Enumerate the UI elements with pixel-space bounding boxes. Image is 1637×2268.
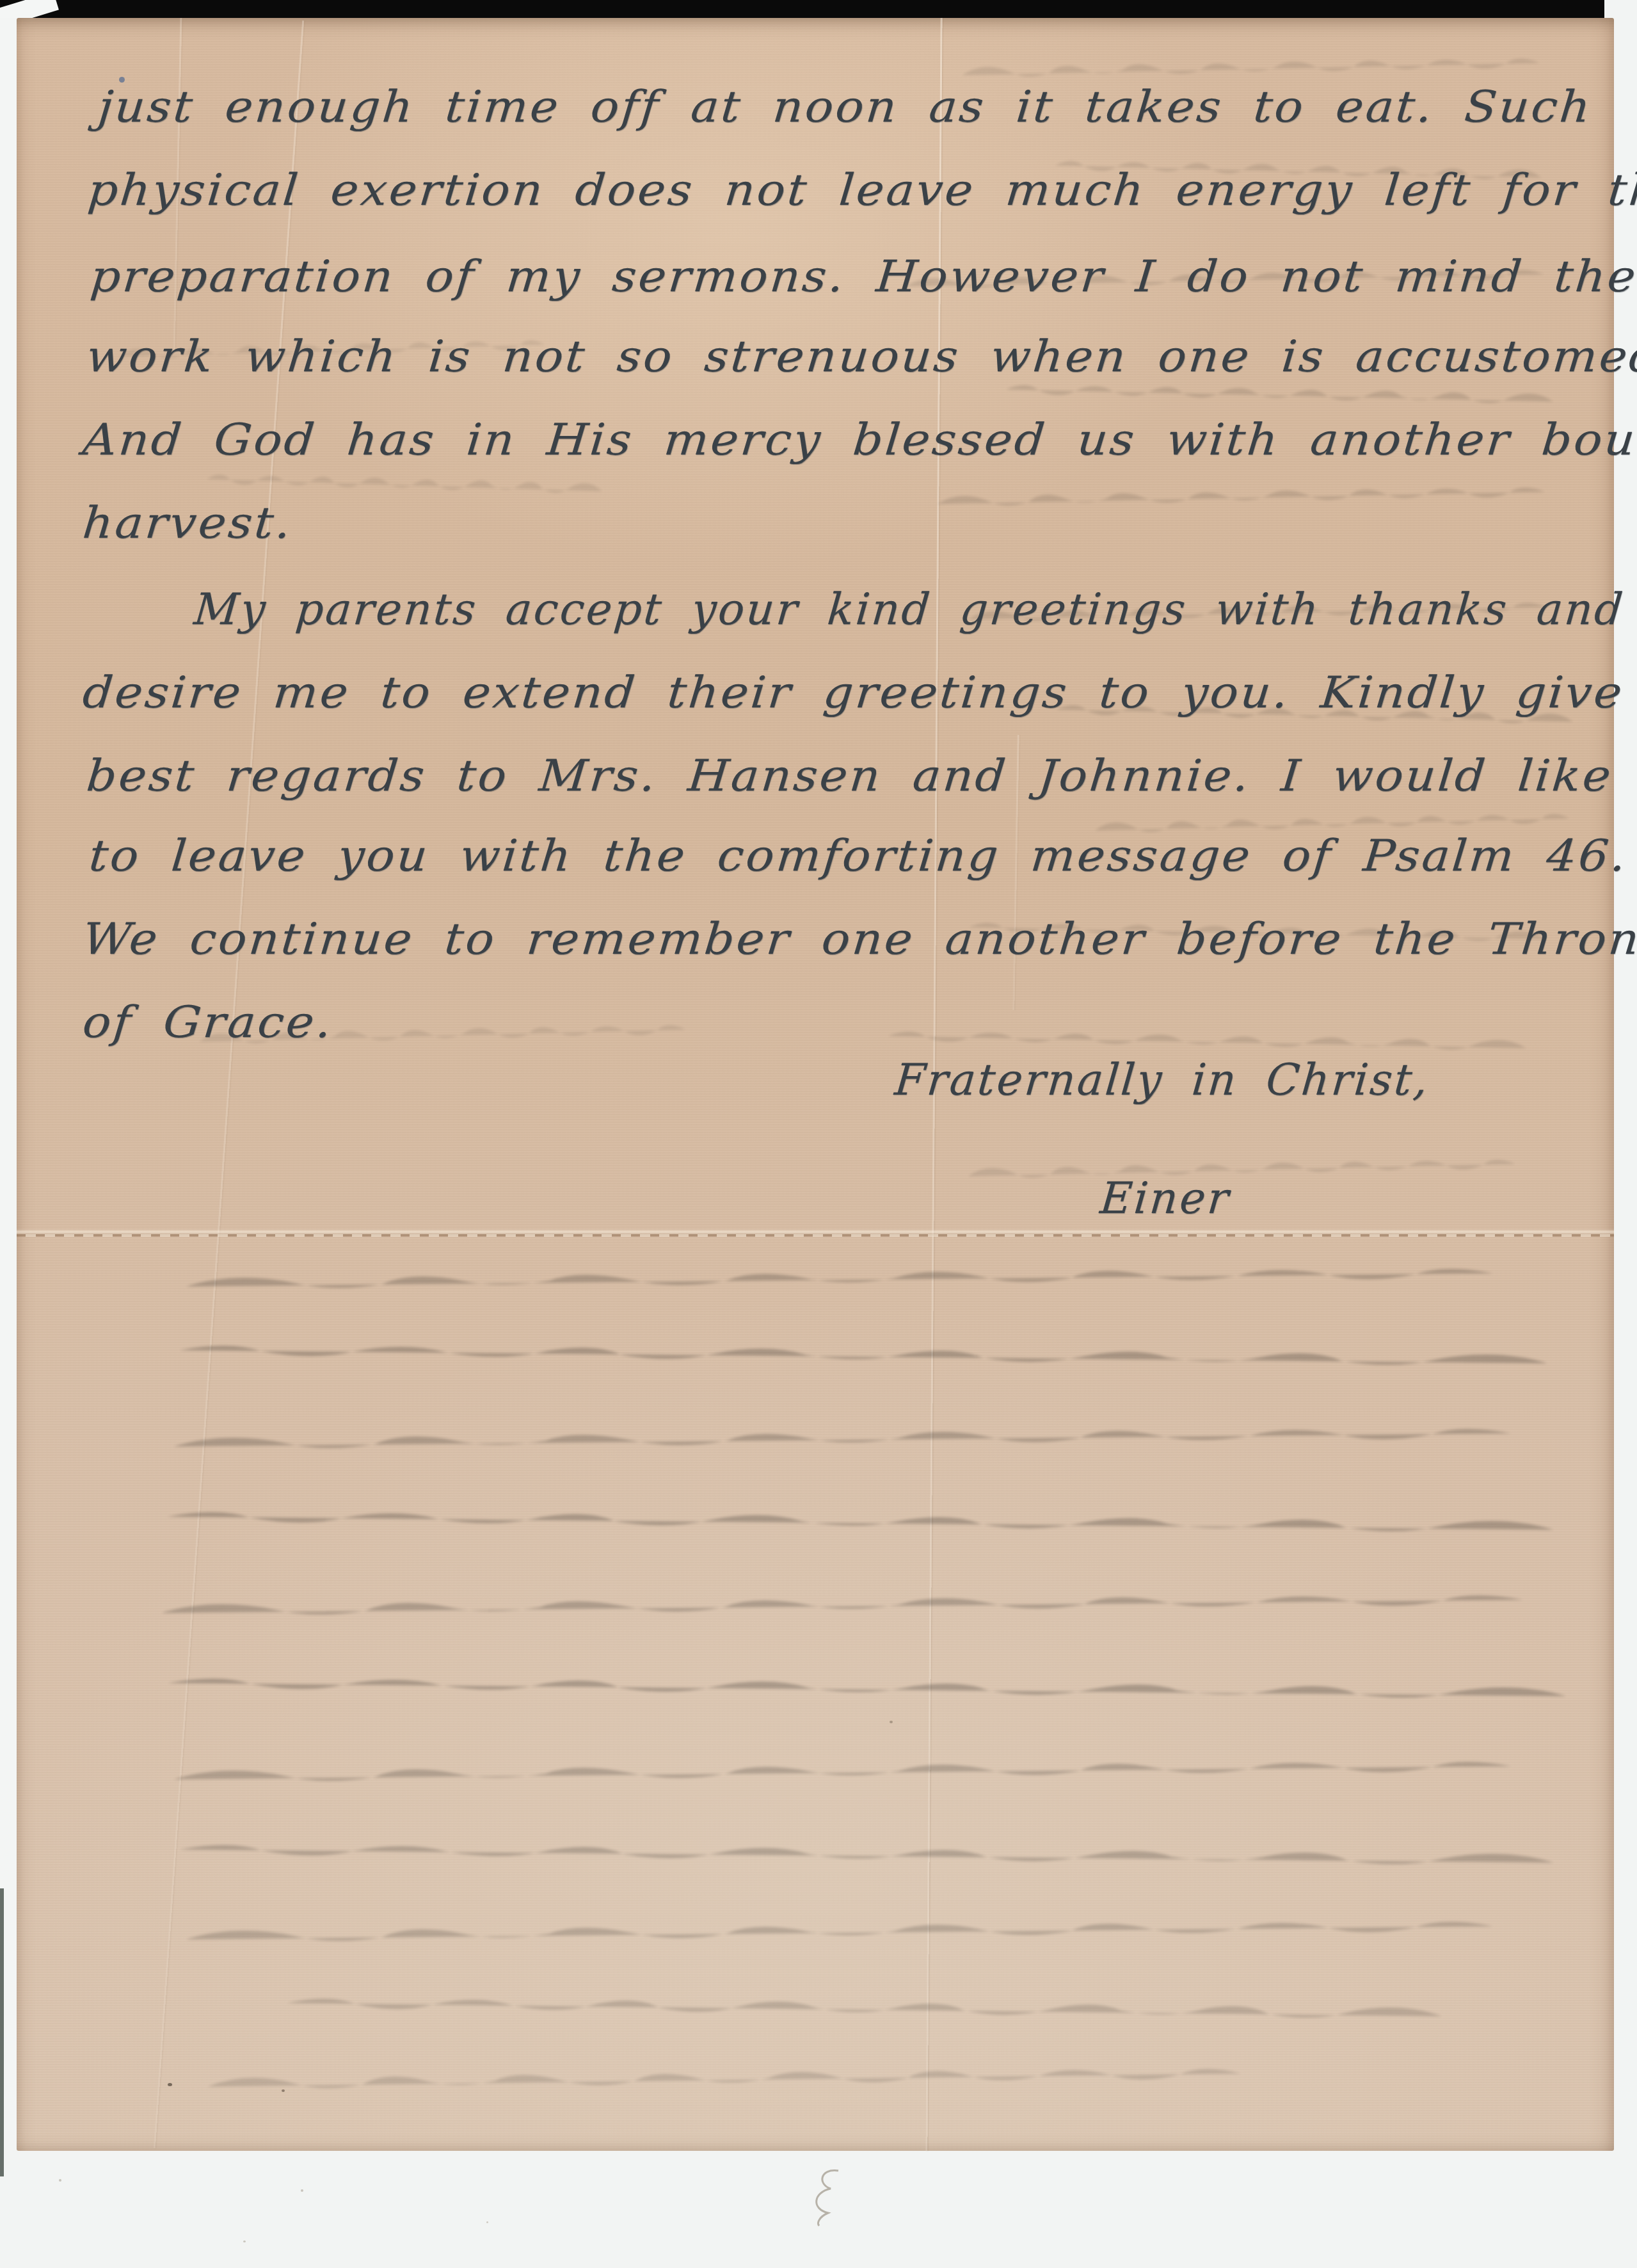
bleedthrough-line — [154, 1759, 1561, 1795]
letter-line: And God has in His mercy blessed us with… — [81, 415, 1637, 465]
bleedthrough-line — [115, 1676, 1587, 1712]
letter-line: desire me to extend their greetings to y… — [81, 668, 1637, 718]
horizontal-fold-crease-texture — [17, 1234, 1614, 1237]
bleedthrough-line — [166, 1919, 1542, 1955]
scanner-speck — [301, 2189, 303, 2192]
bleedthrough-line — [128, 1842, 1574, 1878]
bleedthrough-line — [115, 1509, 1574, 1545]
bleedthrough-line — [960, 1157, 1536, 1191]
signature: Einer — [1098, 1173, 1233, 1224]
letter-line: We continue to remember one another befo… — [81, 914, 1637, 965]
ink-blot — [119, 77, 125, 83]
letter-line: to leave you with the comforting message… — [87, 831, 1637, 881]
scanner-speck — [59, 2179, 61, 2182]
bleedthrough-line — [243, 1996, 1459, 2032]
bleedthrough-line — [128, 1343, 1568, 1379]
letter-line: best regards to Mrs. Hansen and Johnnie.… — [84, 751, 1615, 801]
bleedthrough-line — [928, 485, 1568, 519]
bleedthrough-line — [166, 1266, 1542, 1302]
letter-line: work which is not so strenuous when one … — [84, 332, 1637, 382]
paper-speck — [168, 2083, 172, 2086]
scanner-speck — [486, 2221, 488, 2223]
paper-speck — [282, 2089, 285, 2092]
letter-line: of Grace. — [81, 997, 335, 1048]
bleedthrough-line — [154, 1426, 1561, 1462]
bleedthrough-line — [141, 1593, 1574, 1629]
scanner-fiber-mark — [800, 2167, 846, 2228]
letter-line: harvest. — [81, 498, 295, 549]
scanner-edge-shadow — [0, 1888, 4, 2176]
letter-line: preparation of my sermons. However I do … — [88, 252, 1637, 302]
scanned-letter-page: just enough time off at noon as it takes… — [0, 0, 1637, 2268]
closing-line: Fraternally in Christ, — [893, 1055, 1432, 1106]
scanner-speck — [243, 2240, 246, 2242]
letter-paper: just enough time off at noon as it takes… — [17, 18, 1614, 2151]
letter-line: My parents accept your kind greetings wi… — [192, 584, 1627, 635]
bleedthrough-line — [192, 2066, 1280, 2102]
paper-speck — [890, 1721, 893, 1723]
letter-line: just enough time off at noon as it takes… — [96, 82, 1594, 133]
letter-line: physical exertion does not leave much en… — [86, 165, 1637, 216]
scanner-top-edge — [0, 0, 1637, 19]
bleedthrough-line — [986, 383, 1561, 416]
